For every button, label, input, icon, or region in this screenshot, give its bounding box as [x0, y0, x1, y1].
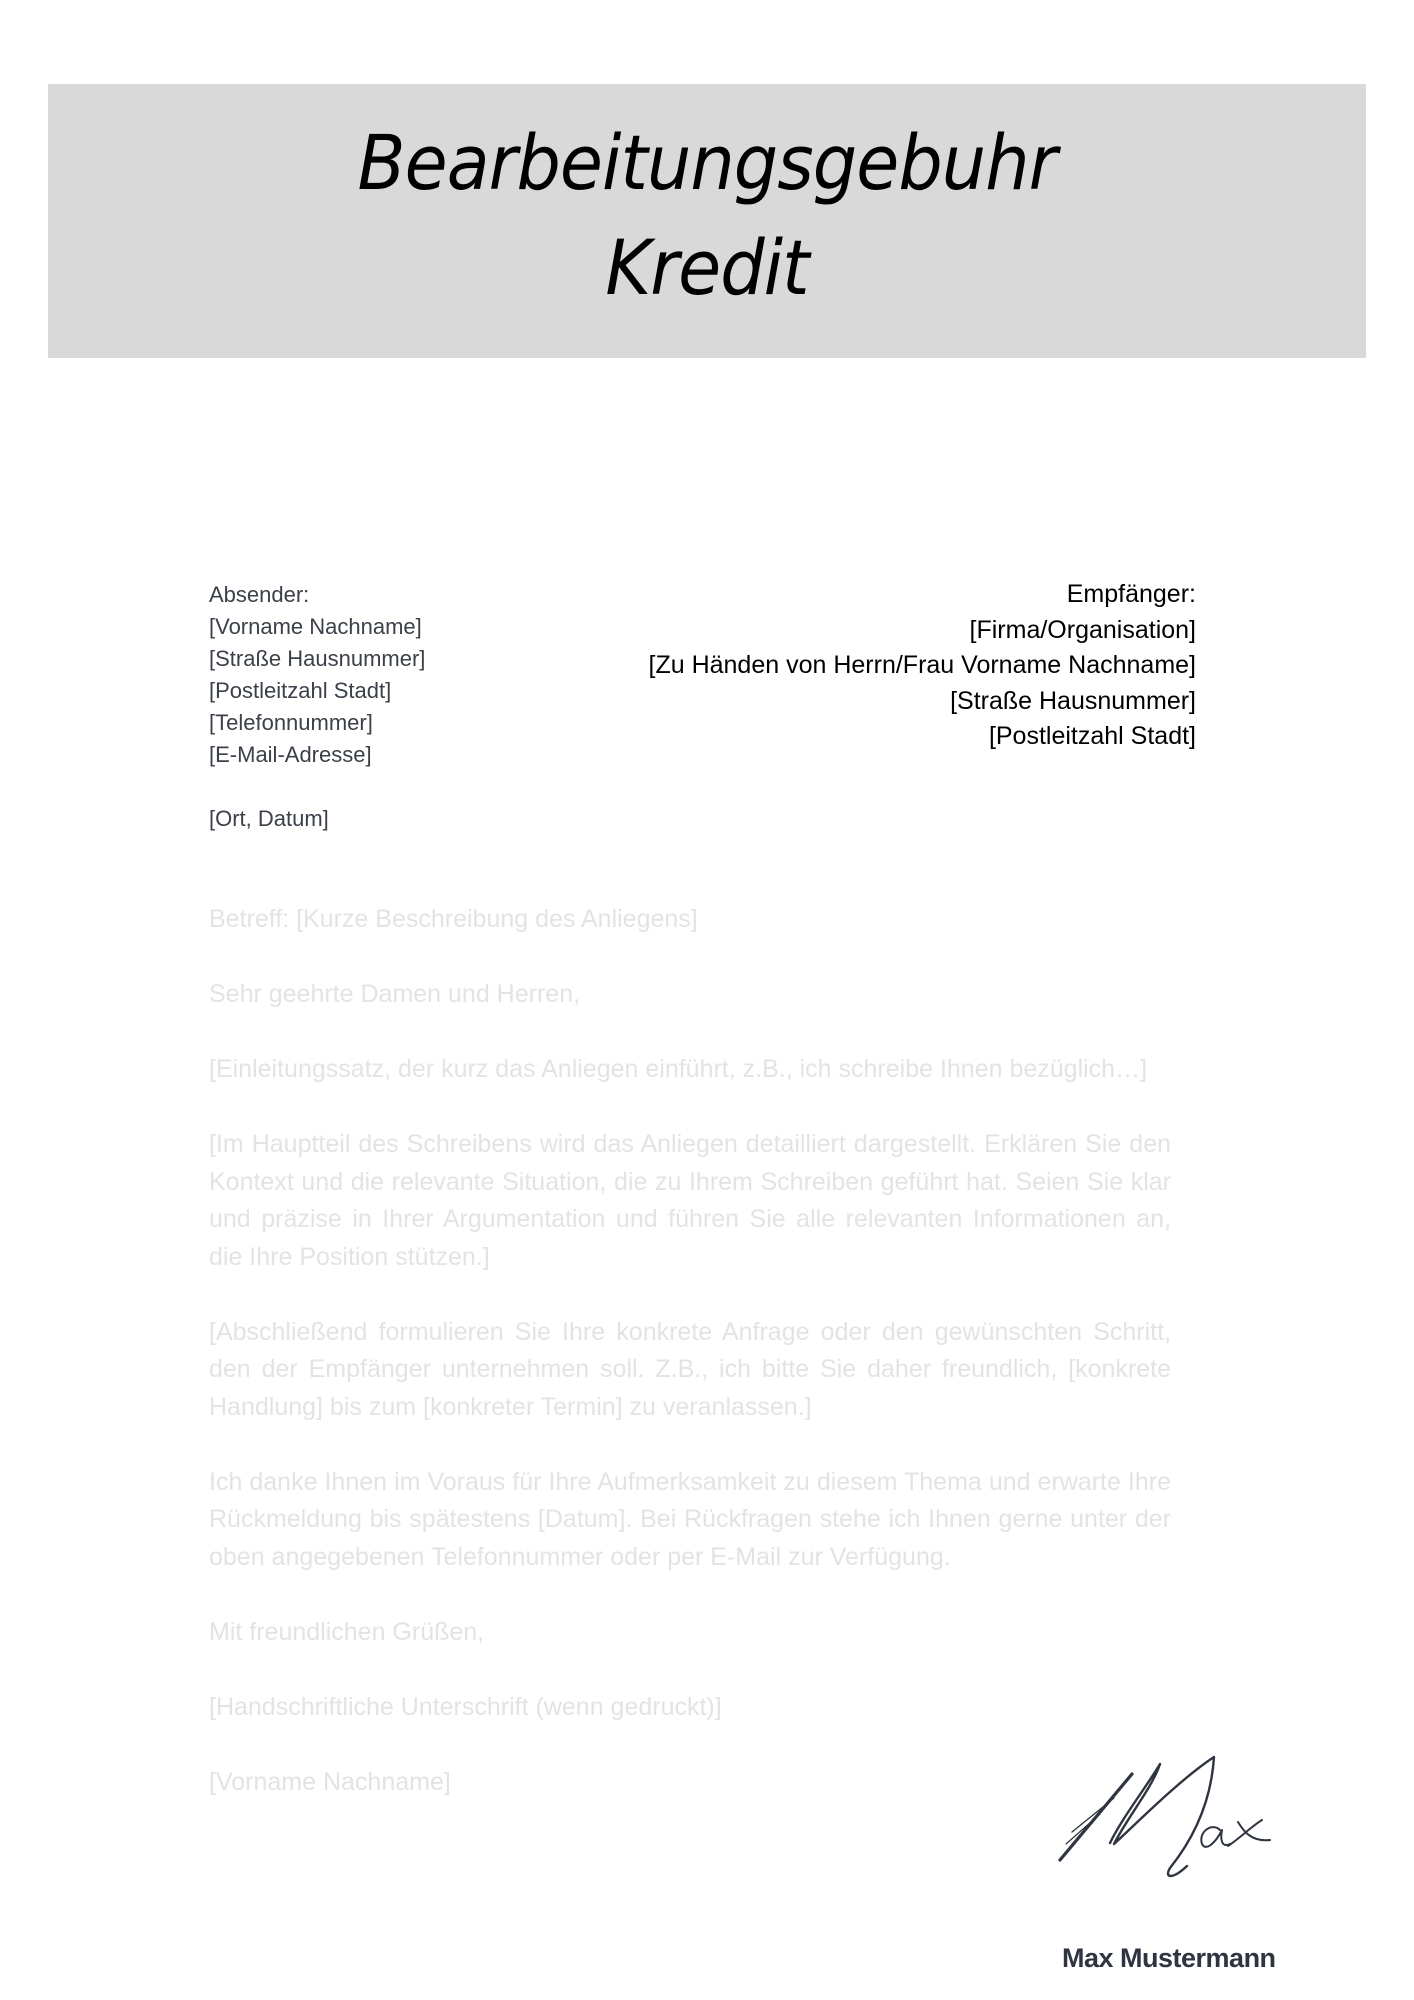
letter-paragraph-intro: [Einleitungssatz, der kurz das Anliegen … [209, 1051, 1171, 1089]
sender-city: [Postleitzahl Stadt] [209, 675, 425, 707]
document-title-line-2: Kredit [101, 215, 1314, 320]
handwritten-signature-icon [1052, 1748, 1292, 1893]
letter-paragraph-thanks: Ich danke Ihnen im Voraus für Ihre Aufme… [209, 1464, 1171, 1577]
recipient-attention: [Zu Händen von Herrn/Frau Vorname Nachna… [649, 648, 1197, 684]
sender-spacer [209, 771, 425, 803]
sender-street: [Straße Hausnummer] [209, 643, 425, 675]
letter-subject: Betreff: [Kurze Beschreibung des Anliege… [209, 901, 1171, 939]
letter-body: Betreff: [Kurze Beschreibung des Anliege… [209, 901, 1171, 1839]
letter-closing: Mit freundlichen Grüßen, [209, 1614, 1171, 1652]
sender-phone: [Telefonnummer] [209, 707, 425, 739]
recipient-city: [Postleitzahl Stadt] [649, 719, 1197, 755]
document-title-line-1: Bearbeitungsgebuhr [101, 110, 1314, 215]
sender-name: [Vorname Nachname] [209, 611, 425, 643]
letter-paragraph-request: [Abschließend formulieren Sie Ihre konkr… [209, 1314, 1171, 1427]
letter-paragraph-main: [Im Hauptteil des Schreibens wird das An… [209, 1126, 1171, 1276]
sender-label: Absender: [209, 579, 425, 611]
recipient-company: [Firma/Organisation] [649, 613, 1197, 649]
sender-block: Absender: [Vorname Nachname] [Straße Hau… [209, 579, 425, 835]
recipient-street: [Straße Hausnummer] [649, 684, 1197, 720]
letter-salutation: Sehr geehrte Damen und Herren, [209, 976, 1171, 1014]
signer-name: Max Mustermann [1062, 1942, 1276, 1974]
letter-signature-placeholder: [Handschriftliche Unterschrift (wenn ged… [209, 1689, 1171, 1727]
recipient-block: Empfänger: [Firma/Organisation] [Zu Händ… [649, 577, 1197, 755]
place-date: [Ort, Datum] [209, 803, 425, 835]
letter-name-placeholder: [Vorname Nachname] [209, 1764, 1171, 1802]
sender-email: [E-Mail-Adresse] [209, 739, 425, 771]
recipient-label: Empfänger: [649, 577, 1197, 613]
